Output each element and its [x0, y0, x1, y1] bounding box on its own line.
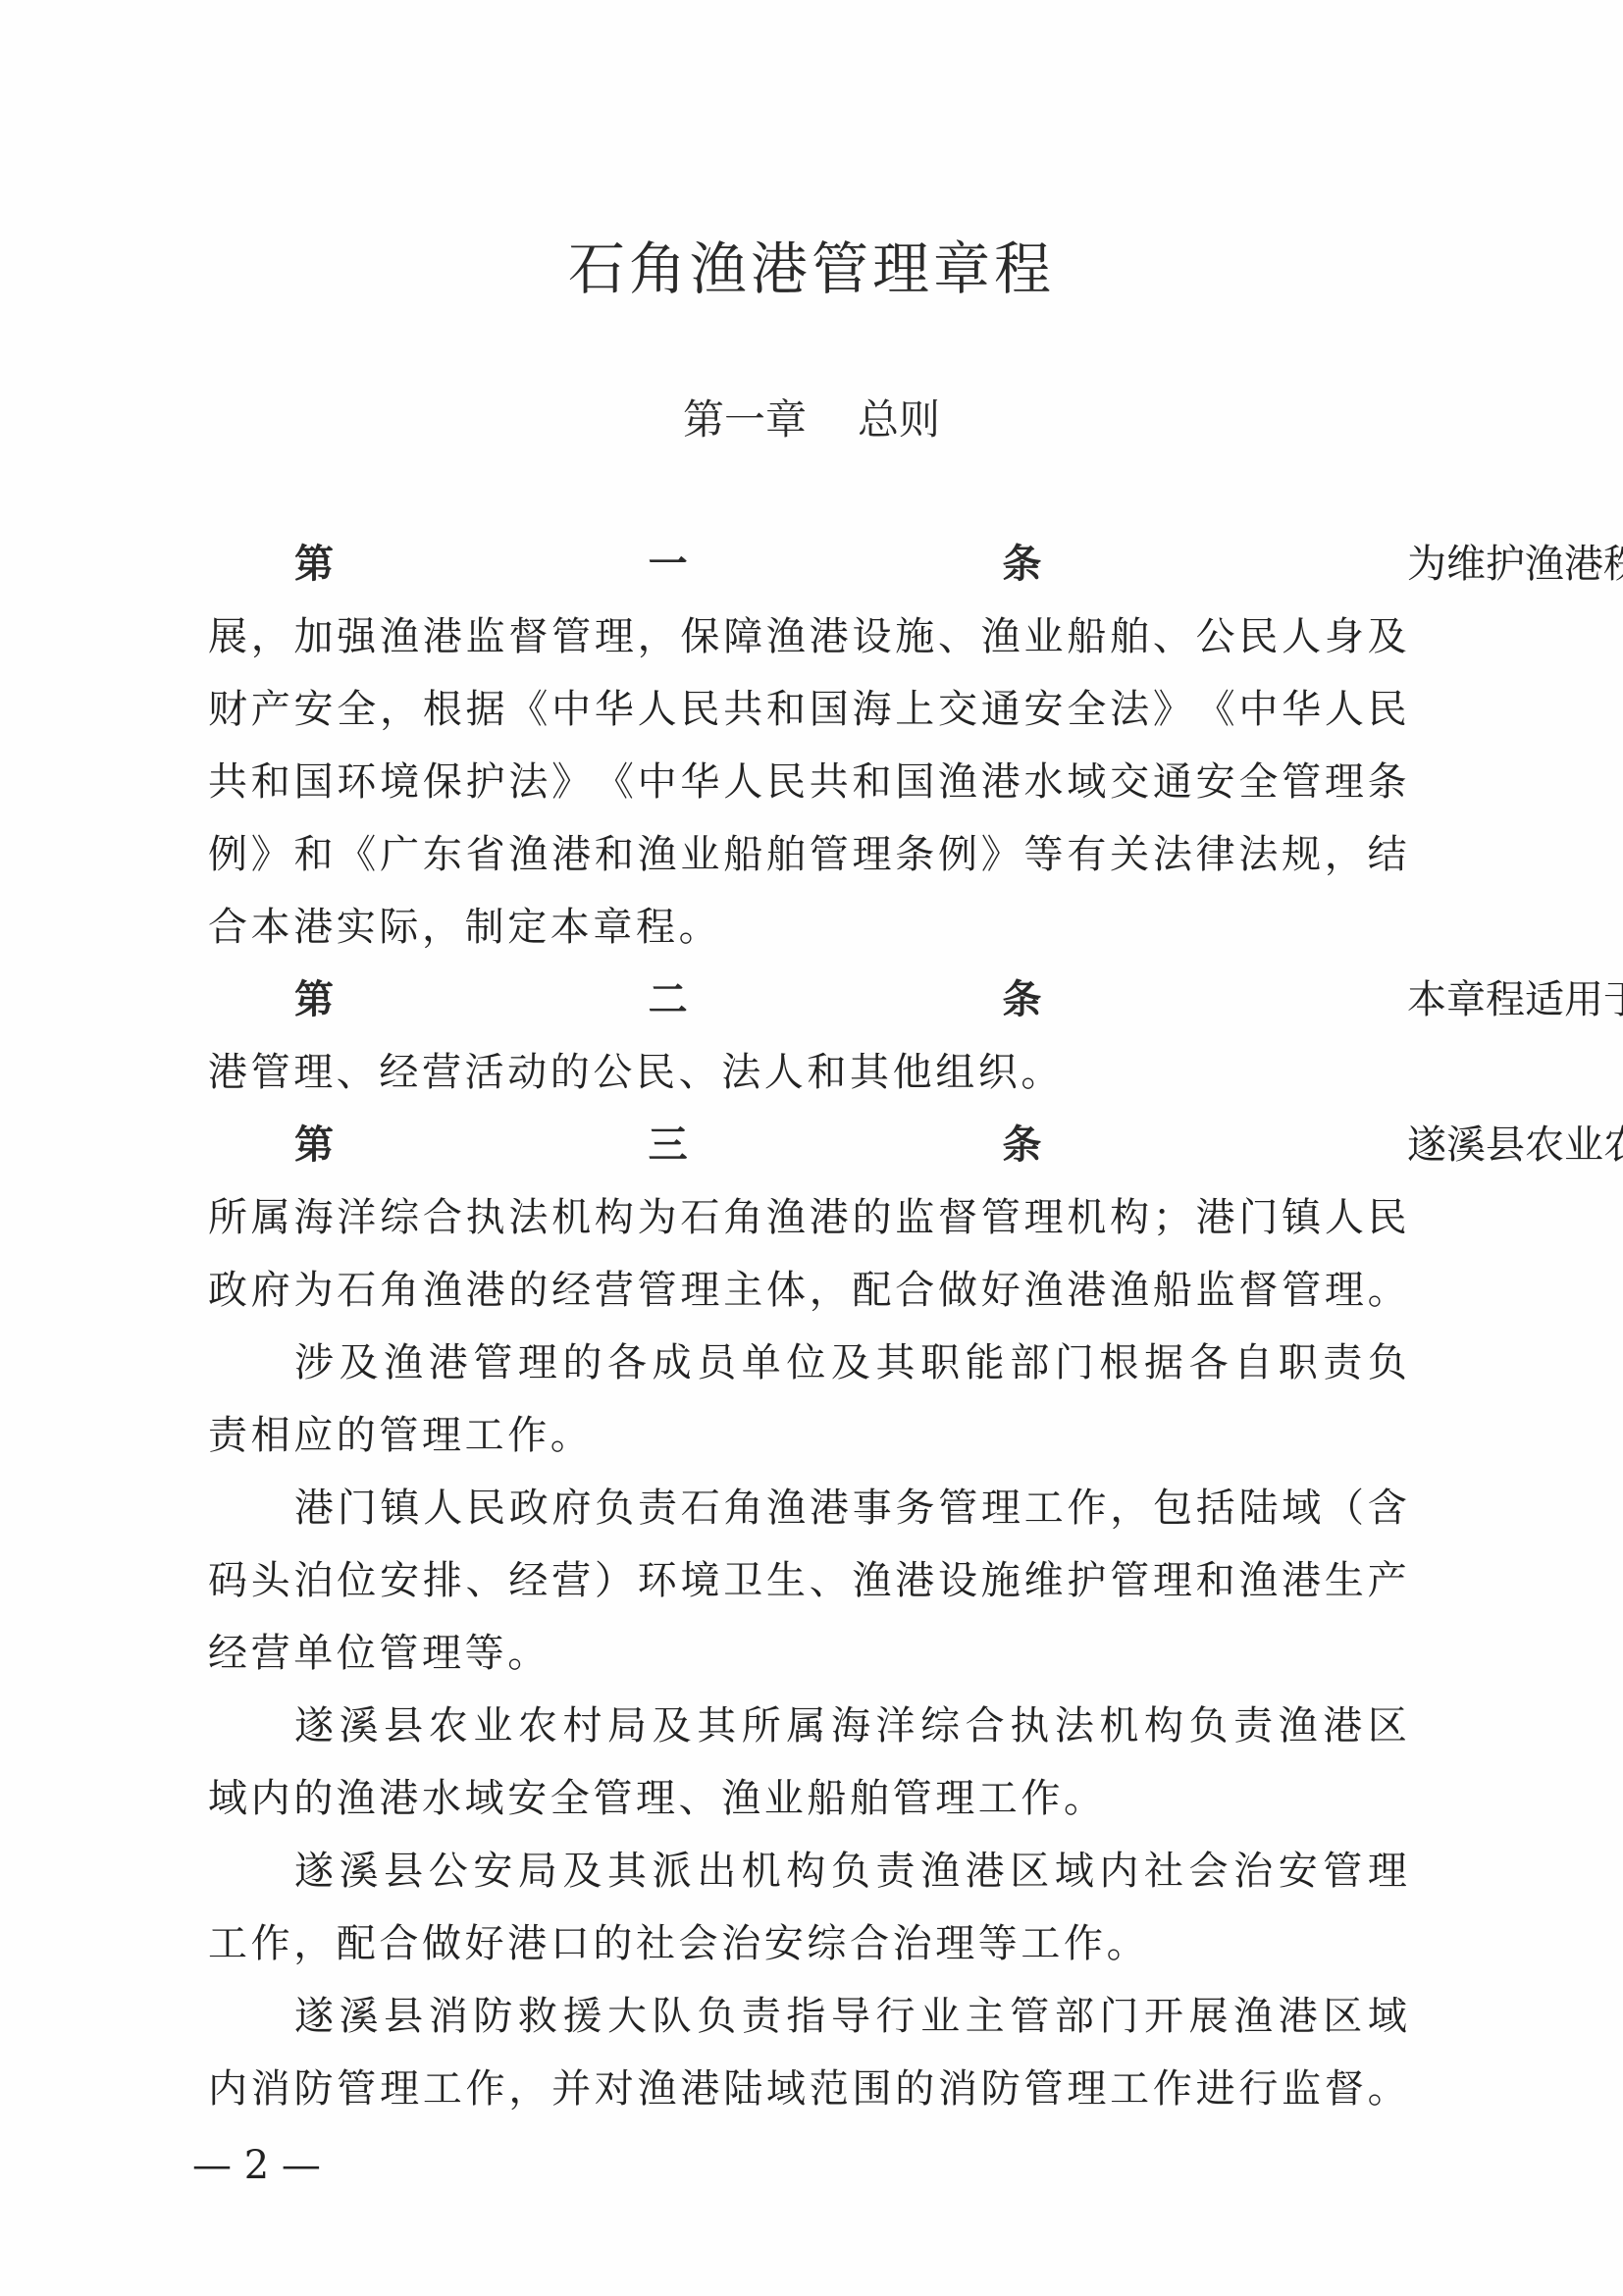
article-number: 第一条	[294, 542, 1356, 587]
chapter-number: 第一章	[683, 395, 807, 444]
page-number: — 2 —	[192, 2139, 321, 2192]
body-line: 第一条为维护渔港秩序，保护渔港环境，促进渔业经济发	[208, 535, 1407, 607]
line-text: 合本港实际，制定本章程。	[208, 905, 721, 950]
line-text: 遂溪县农业农村局及其所属海洋综合执法机构负责渔港区	[294, 1696, 1407, 1755]
line-text: 遂溪县消防救援大队负责指导行业主管部门开展渔港区域	[294, 1987, 1407, 2046]
body-line: 共和国环境保护法》《中华人民共和国渔港水域交通安全管理条	[208, 753, 1407, 825]
body-line: 域内的渔港水域安全管理、渔业船舶管理工作。	[208, 1769, 1407, 1842]
line-text: 所属海洋综合执法机构为石角渔港的监督管理机构；港门镇人民	[208, 1188, 1407, 1247]
document-page: 石角渔港管理章程 第一章总则 第一条为维护渔港秩序，保护渔港环境，促进渔业经济发…	[0, 0, 1623, 2296]
line-text: 港门镇人民政府负责石角渔港事务管理工作，包括陆域（含	[294, 1479, 1407, 1538]
line-text: 港管理、经营活动的公民、法人和其他组织。	[208, 1050, 1064, 1095]
body-line: 码头泊位安排、经营）环境卫生、渔港设施维护管理和渔港生产	[208, 1551, 1407, 1624]
line-text: 经营单位管理等。	[208, 1631, 550, 1676]
article-number: 第三条	[294, 1122, 1356, 1168]
chapter-heading: 第一章总则	[0, 391, 1623, 449]
line-text: 涉及渔港管理的各成员单位及其职能部门根据各自职责负	[294, 1333, 1407, 1392]
line-text: 财产安全，根据《中华人民共和国海上交通安全法》《中华人民	[208, 680, 1407, 739]
document-body: 第一条为维护渔港秩序，保护渔港环境，促进渔业经济发展，加强渔港监督管理，保障渔港…	[208, 535, 1407, 2132]
body-line: 工作，配合做好港口的社会治安综合治理等工作。	[208, 1914, 1407, 1987]
body-line: 港门镇人民政府负责石角渔港事务管理工作，包括陆域（含	[208, 1479, 1407, 1551]
line-text: 共和国环境保护法》《中华人民共和国渔港水域交通安全管理条	[208, 753, 1407, 811]
line-text: 例》和《广东省渔港和渔业船舶管理条例》等有关法律法规，结	[208, 825, 1407, 884]
body-line: 责相应的管理工作。	[208, 1406, 1407, 1479]
document-title: 石角渔港管理章程	[0, 232, 1623, 306]
body-line: 例》和《广东省渔港和渔业船舶管理条例》等有关法律法规，结	[208, 825, 1407, 898]
body-line: 遂溪县农业农村局及其所属海洋综合执法机构负责渔港区	[208, 1696, 1407, 1769]
body-line: 港管理、经营活动的公民、法人和其他组织。	[208, 1043, 1407, 1116]
line-text: 展，加强渔港监督管理，保障渔港设施、渔业船舶、公民人身及	[208, 607, 1407, 666]
body-line: 所属海洋综合执法机构为石角渔港的监督管理机构；港门镇人民	[208, 1188, 1407, 1261]
body-line: 遂溪县消防救援大队负责指导行业主管部门开展渔港区域	[208, 1987, 1407, 2060]
body-line: 遂溪县公安局及其派出机构负责渔港区域内社会治安管理	[208, 1842, 1407, 1914]
line-text: 域内的渔港水域安全管理、渔业船舶管理工作。	[208, 1776, 1107, 1821]
body-line: 展，加强渔港监督管理，保障渔港设施、渔业船舶、公民人身及	[208, 607, 1407, 680]
body-line: 财产安全，根据《中华人民共和国海上交通安全法》《中华人民	[208, 680, 1407, 753]
body-line: 合本港实际，制定本章程。	[208, 898, 1407, 970]
line-text: 责相应的管理工作。	[208, 1413, 593, 1458]
body-line: 内消防管理工作，并对渔港陆域范围的消防管理工作进行监督。	[208, 2060, 1407, 2132]
article-number: 第二条	[294, 977, 1356, 1022]
body-line: 经营单位管理等。	[208, 1624, 1407, 1696]
body-line: 涉及渔港管理的各成员单位及其职能部门根据各自职责负	[208, 1333, 1407, 1406]
body-line: 第三条遂溪县农业农村局为石角渔港管理的主管部门，其	[208, 1116, 1407, 1188]
line-text: 遂溪县公安局及其派出机构负责渔港区域内社会治安管理	[294, 1842, 1407, 1901]
chapter-name: 总则	[858, 395, 940, 444]
body-line: 第二条本章程适用于在石角渔港范围内的船舶及从事渔	[208, 970, 1407, 1043]
line-text: 内消防管理工作，并对渔港陆域范围的消防管理工作进行监督。	[208, 2060, 1407, 2118]
line-text: 工作，配合做好港口的社会治安综合治理等工作。	[208, 1921, 1149, 1966]
line-text: 政府为石角渔港的经营管理主体，配合做好渔港渔船监督管理。	[208, 1261, 1407, 1320]
line-text: 码头泊位安排、经营）环境卫生、渔港设施维护管理和渔港生产	[208, 1551, 1407, 1610]
body-line: 政府为石角渔港的经营管理主体，配合做好渔港渔船监督管理。	[208, 1261, 1407, 1333]
